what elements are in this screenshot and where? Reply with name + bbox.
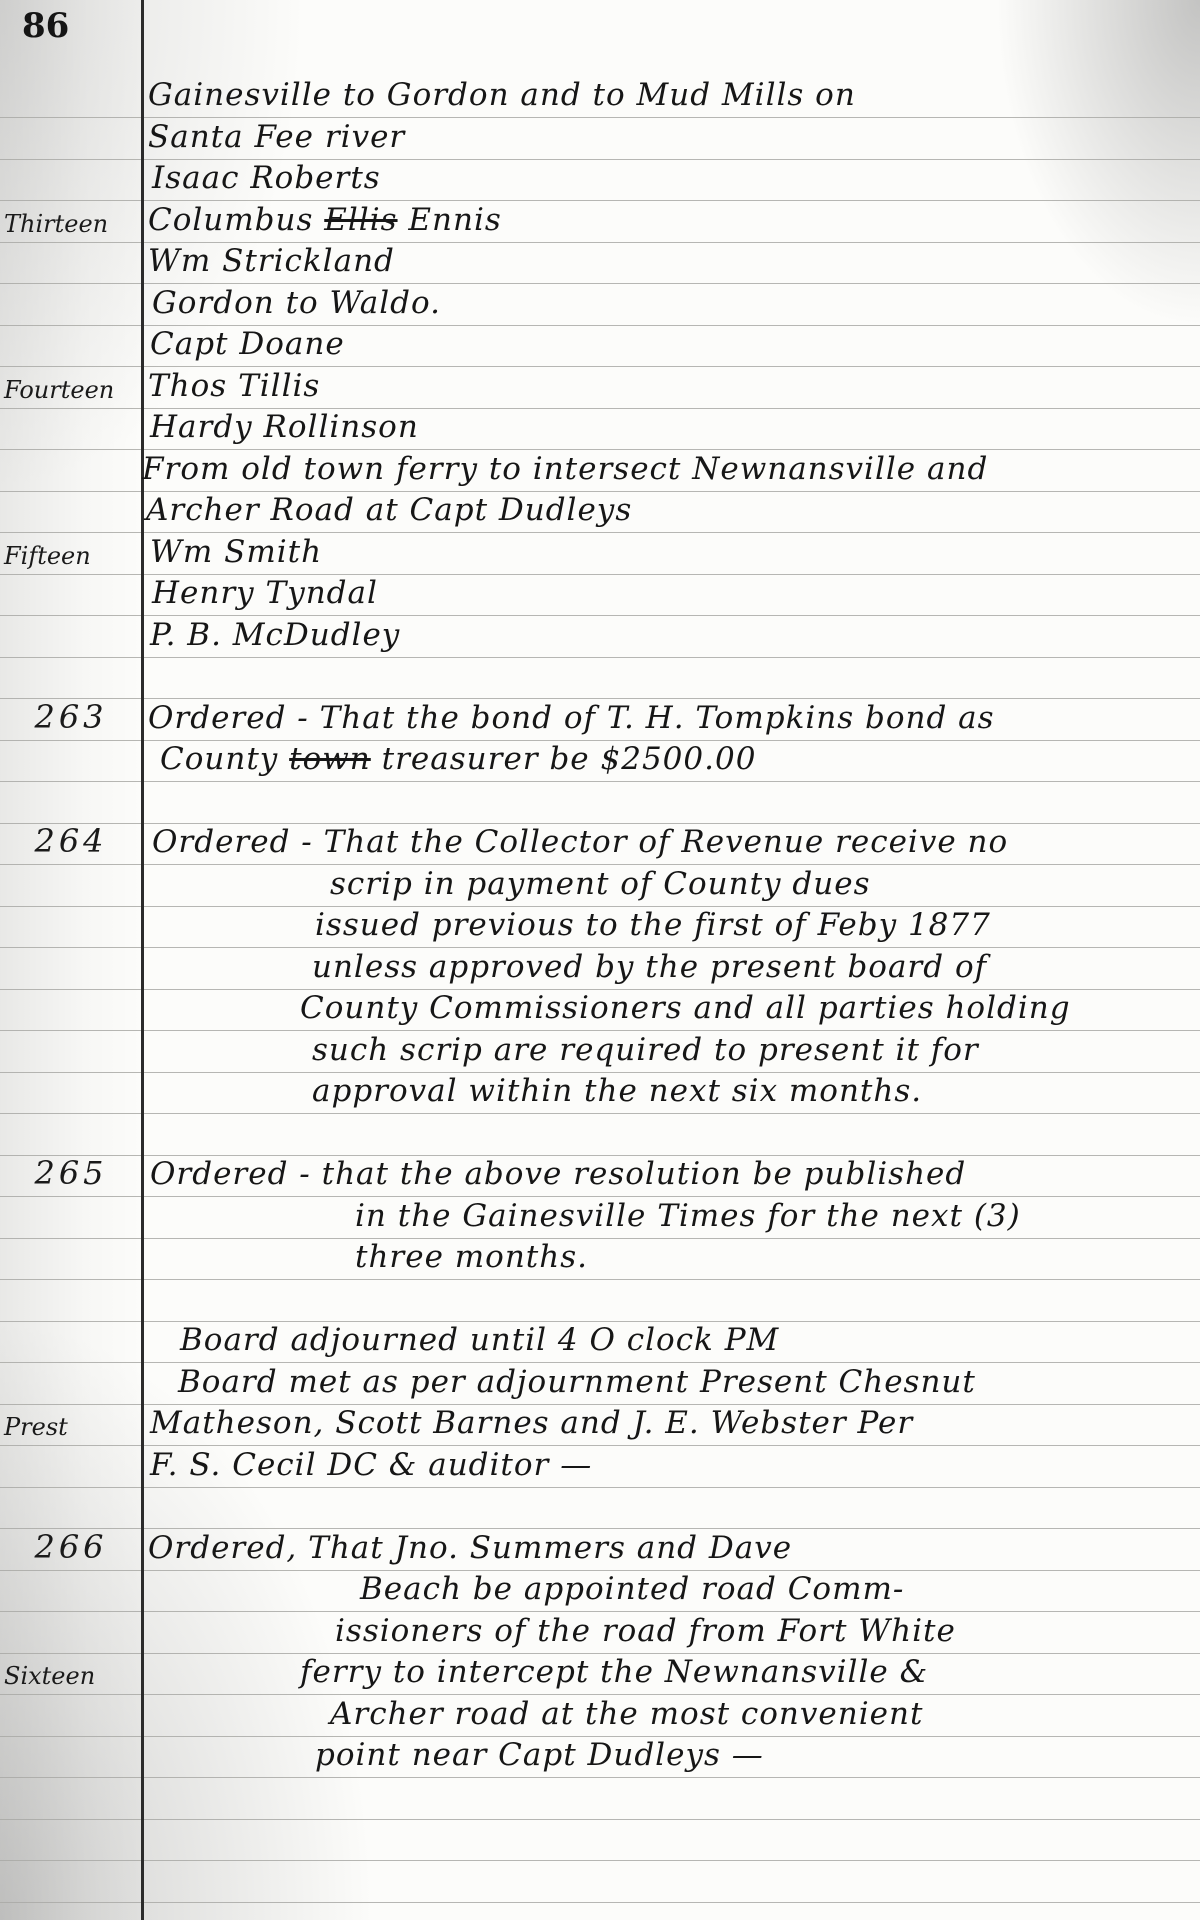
- ruled-line: [0, 449, 1200, 450]
- ledger-line: Wm Strickland: [0, 243, 1200, 283]
- ledger-line: Isaac Roberts: [0, 160, 1200, 200]
- ledger-line: 264Ordered - That the Collector of Reven…: [0, 824, 1200, 864]
- handwritten-text: Board adjourned until 4 O clock PM: [180, 1322, 779, 1358]
- ruled-line: [0, 1113, 1200, 1114]
- ruled-line: [0, 283, 1200, 284]
- text-segment: Santa Fee river: [148, 119, 405, 155]
- text-segment: point near Capt Dudleys —: [315, 1737, 764, 1773]
- ledger-line: P. B. McDudley: [0, 617, 1200, 657]
- ledger-line: County town treasurer be $2500.00: [0, 741, 1200, 781]
- text-segment: ferry to intercept the Newnansville &: [300, 1654, 928, 1690]
- text-segment: three months.: [355, 1239, 588, 1275]
- ledger-line: Santa Fee river: [0, 119, 1200, 159]
- text-segment: Matheson, Scott Barnes and J. E. Webster…: [150, 1405, 913, 1441]
- handwritten-text: Columbus Ellis Ennis: [148, 202, 502, 238]
- entry-number: 266: [4, 1528, 138, 1566]
- handwritten-text: Board met as per adjournment Present Che…: [178, 1364, 976, 1400]
- ledger-line: Board adjourned until 4 O clock PM: [0, 1322, 1200, 1362]
- handwritten-text: scrip in payment of County dues: [330, 866, 871, 902]
- ruled-line: [0, 1860, 1200, 1861]
- text-segment: Archer road at the most convenient: [330, 1696, 923, 1732]
- ledger-line: County Commissioners and all parties hol…: [0, 990, 1200, 1030]
- ruled-line: [0, 1030, 1200, 1031]
- ruled-line: [0, 200, 1200, 201]
- text-segment: Board adjourned until 4 O clock PM: [180, 1322, 779, 1358]
- ledger-line: Gordon to Waldo.: [0, 285, 1200, 325]
- margin-note: Prest: [4, 1413, 138, 1441]
- ruled-line: [0, 1902, 1200, 1903]
- text-segment: Isaac Roberts: [152, 160, 381, 196]
- handwritten-text: Wm Smith: [150, 534, 322, 570]
- text-segment: Capt Doane: [150, 326, 345, 362]
- handwritten-text: issued previous to the first of Feby 187…: [315, 907, 991, 943]
- ledger-line: Sixteenferry to intercept the Newnansvil…: [0, 1654, 1200, 1694]
- ledger-line: in the Gainesville Times for the next (3…: [0, 1198, 1200, 1238]
- ledger-line: ThirteenColumbus Ellis Ennis: [0, 202, 1200, 242]
- ruled-line: [0, 366, 1200, 367]
- text-segment: Gordon to Waldo.: [152, 285, 441, 321]
- text-segment: Ennis: [408, 202, 501, 238]
- text-segment: Henry Tyndal: [152, 575, 378, 611]
- text-segment: Ordered - That the bond of T. H. Tompkin…: [148, 700, 995, 736]
- ledger-line: Gainesville to Gordon and to Mud Mills o…: [0, 77, 1200, 117]
- ledger-line: Archer Road at Capt Dudleys: [0, 492, 1200, 532]
- ruled-line: [0, 1694, 1200, 1695]
- ruled-line: [0, 117, 1200, 118]
- ruled-line: [0, 1196, 1200, 1197]
- page-number: 86: [22, 6, 69, 46]
- ruled-line: [0, 698, 1200, 699]
- ruled-line: [0, 1487, 1200, 1488]
- text-segment: P. B. McDudley: [150, 617, 400, 653]
- ledger-line: Hardy Rollinson: [0, 409, 1200, 449]
- ruled-line: [0, 864, 1200, 865]
- text-segment: F. S. Cecil DC & auditor —: [150, 1447, 592, 1483]
- ruled-line: [0, 781, 1200, 782]
- text-segment: Columbus: [148, 202, 313, 238]
- text-segment: such scrip are required to present it fo…: [312, 1032, 979, 1068]
- handwritten-text: point near Capt Dudleys —: [315, 1737, 764, 1773]
- handwritten-text: ferry to intercept the Newnansville &: [300, 1654, 928, 1690]
- handwritten-text: issioners of the road from Fort White: [335, 1613, 956, 1649]
- handwritten-text: Capt Doane: [150, 326, 345, 362]
- ledger-page: 86 Gainesville to Gordon and to Mud Mill…: [0, 0, 1200, 1920]
- handwritten-text: Archer road at the most convenient: [330, 1696, 923, 1732]
- struck-text: Ellis: [324, 202, 397, 238]
- handwritten-text: Ordered - That the bond of T. H. Tompkin…: [148, 700, 995, 736]
- ledger-line: three months.: [0, 1239, 1200, 1279]
- text-segment: Thos Tillis: [148, 368, 320, 404]
- ledger-line: unless approved by the present board of: [0, 949, 1200, 989]
- text-segment: issioners of the road from Fort White: [335, 1613, 956, 1649]
- handwritten-text: Ordered - that the above resolution be p…: [150, 1156, 966, 1192]
- ruled-line: [0, 1819, 1200, 1820]
- ruled-line: [0, 615, 1200, 616]
- text-segment: Hardy Rollinson: [150, 409, 419, 445]
- ledger-line: From old town ferry to intersect Newnans…: [0, 451, 1200, 491]
- entry-number: 265: [4, 1154, 138, 1192]
- ruled-line: [0, 1777, 1200, 1778]
- ledger-line: issioners of the road from Fort White: [0, 1613, 1200, 1653]
- ledger-line: Archer road at the most convenient: [0, 1696, 1200, 1736]
- handwritten-text: Wm Strickland: [148, 243, 395, 279]
- ruled-line: [0, 1279, 1200, 1280]
- text-segment: County Commissioners and all parties hol…: [300, 990, 1071, 1026]
- handwritten-text: Gordon to Waldo.: [152, 285, 441, 321]
- margin-note: Thirteen: [4, 210, 138, 238]
- handwritten-text: Isaac Roberts: [152, 160, 381, 196]
- ledger-line: FourteenThos Tillis: [0, 368, 1200, 408]
- ledger-line: point near Capt Dudleys —: [0, 1737, 1200, 1777]
- text-segment: From old town ferry to intersect Newnans…: [142, 451, 988, 487]
- ledger-line: 263Ordered - That the bond of T. H. Tomp…: [0, 700, 1200, 740]
- ruled-line: [0, 532, 1200, 533]
- text-segment: treasurer be $2500.00: [382, 741, 757, 777]
- text-segment: Beach be appointed road Comm-: [360, 1571, 904, 1607]
- text-segment: approval within the next six months.: [312, 1073, 922, 1109]
- ledger-line: such scrip are required to present it fo…: [0, 1032, 1200, 1072]
- handwritten-text: Santa Fee river: [148, 119, 405, 155]
- ruled-line: [0, 947, 1200, 948]
- handwritten-text: Ordered, That Jno. Summers and Dave: [148, 1530, 792, 1566]
- text-segment: issued previous to the first of Feby 187…: [315, 907, 991, 943]
- ruled-line: [0, 1528, 1200, 1529]
- handwritten-text: Matheson, Scott Barnes and J. E. Webster…: [150, 1405, 913, 1441]
- handwritten-text: Gainesville to Gordon and to Mud Mills o…: [148, 77, 856, 113]
- text-segment: Ordered - That the Collector of Revenue …: [152, 824, 1008, 860]
- ledger-line: Henry Tyndal: [0, 575, 1200, 615]
- text-segment: Wm Strickland: [148, 243, 395, 279]
- handwritten-text: approval within the next six months.: [312, 1073, 922, 1109]
- handwritten-text: Henry Tyndal: [152, 575, 378, 611]
- ledger-line: Capt Doane: [0, 326, 1200, 366]
- ledger-line: PrestMatheson, Scott Barnes and J. E. We…: [0, 1405, 1200, 1445]
- margin-note: Fourteen: [4, 376, 138, 404]
- text-segment: Board met as per adjournment Present Che…: [178, 1364, 976, 1400]
- handwritten-text: Ordered - That the Collector of Revenue …: [152, 824, 1008, 860]
- text-segment: County: [160, 741, 278, 777]
- handwritten-text: County Commissioners and all parties hol…: [300, 990, 1071, 1026]
- ledger-line: 266Ordered, That Jno. Summers and Dave: [0, 1530, 1200, 1570]
- handwritten-text: Archer Road at Capt Dudleys: [146, 492, 632, 528]
- ruled-line: [0, 1362, 1200, 1363]
- handwritten-text: such scrip are required to present it fo…: [312, 1032, 979, 1068]
- struck-text: town: [289, 741, 371, 777]
- ledger-line: approval within the next six months.: [0, 1073, 1200, 1113]
- text-segment: Gainesville to Gordon and to Mud Mills o…: [148, 77, 856, 113]
- handwritten-text: Thos Tillis: [148, 368, 320, 404]
- handwritten-text: Hardy Rollinson: [150, 409, 419, 445]
- handwritten-text: P. B. McDudley: [150, 617, 400, 653]
- handwritten-text: F. S. Cecil DC & auditor —: [150, 1447, 592, 1483]
- handwritten-text: From old town ferry to intersect Newnans…: [142, 451, 988, 487]
- text-segment: unless approved by the present board of: [312, 949, 987, 985]
- ruled-line: [0, 1445, 1200, 1446]
- ledger-line: Board met as per adjournment Present Che…: [0, 1364, 1200, 1404]
- ruled-line: [0, 1611, 1200, 1612]
- ledger-line: scrip in payment of County dues: [0, 866, 1200, 906]
- text-segment: Ordered - that the above resolution be p…: [150, 1156, 966, 1192]
- text-segment: Wm Smith: [150, 534, 322, 570]
- text-segment: Archer Road at Capt Dudleys: [146, 492, 632, 528]
- margin-note: Sixteen: [4, 1662, 138, 1690]
- ledger-line: Beach be appointed road Comm-: [0, 1571, 1200, 1611]
- entry-number: 264: [4, 822, 138, 860]
- entry-number: 263: [4, 698, 138, 736]
- handwritten-text: in the Gainesville Times for the next (3…: [355, 1198, 1021, 1234]
- handwritten-text: three months.: [355, 1239, 588, 1275]
- handwritten-text: Beach be appointed road Comm-: [360, 1571, 904, 1607]
- text-segment: in the Gainesville Times for the next (3…: [355, 1198, 1021, 1234]
- text-segment: Ordered, That Jno. Summers and Dave: [148, 1530, 792, 1566]
- handwritten-text: County town treasurer be $2500.00: [160, 741, 756, 777]
- ledger-line: 265Ordered - that the above resolution b…: [0, 1156, 1200, 1196]
- ledger-line: FifteenWm Smith: [0, 534, 1200, 574]
- text-segment: scrip in payment of County dues: [330, 866, 871, 902]
- margin-note: Fifteen: [4, 542, 138, 570]
- ruled-line: [0, 657, 1200, 658]
- handwritten-text: unless approved by the present board of: [312, 949, 987, 985]
- ledger-line: F. S. Cecil DC & auditor —: [0, 1447, 1200, 1487]
- ledger-line: issued previous to the first of Feby 187…: [0, 907, 1200, 947]
